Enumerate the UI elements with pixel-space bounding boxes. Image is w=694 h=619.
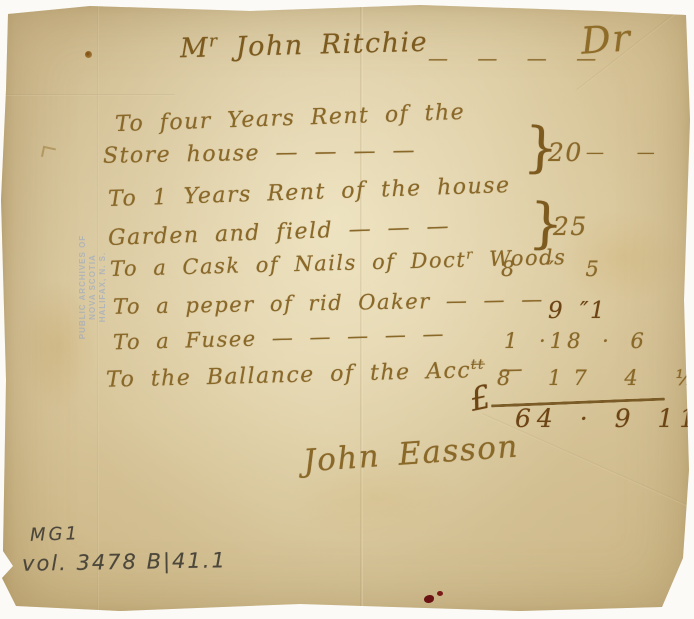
signature: John Easson <box>302 429 520 480</box>
amount: 8 17 4 ½ <box>497 366 694 390</box>
wax-spot <box>437 591 443 596</box>
ink-spot <box>85 51 92 58</box>
ledger-line: To a Cask of Nails of Doctr Woods <box>110 245 567 281</box>
ledger-line: To 1 Years Rent of the house <box>108 173 511 212</box>
superscript: r <box>209 30 219 50</box>
ledger-line: Garden and field — — — <box>108 214 451 251</box>
catalog-volume: vol. 3478 B|41.1 <box>22 548 227 576</box>
paper-sheet: Mr John Ritchie — — — — Dr To four Years… <box>0 0 694 619</box>
scan-background: Mr John Ritchie — — — — Dr To four Years… <box>0 0 694 619</box>
archive-stamp-line1: PUBLIC ARCHIVES OF NOVA SCOTIA <box>78 225 98 349</box>
amount: 9 ″1 <box>548 298 606 324</box>
ledger-line: To a peper of rid Oaker — — — <box>113 287 544 319</box>
amount-dashes: — — <box>586 142 665 163</box>
catalog-collection: MG1 <box>30 523 81 546</box>
header-dashes: — — — — <box>428 46 604 70</box>
total-amount: 64 · 9 11 ½ <box>515 404 694 433</box>
wax-spot <box>424 595 434 603</box>
amount: 20 <box>548 138 583 167</box>
amount: 8 ″ 5 <box>501 257 608 281</box>
ledger-line: To the Ballance of the Acctt — <box>106 356 525 393</box>
ledger-line: Store house — — — — <box>103 138 416 168</box>
fold-crease-horizontal <box>0 94 175 96</box>
archive-stamp-line2: HALIFAX, N. S. <box>98 225 108 349</box>
amount: 1 ·18 · 6 <box>504 329 648 353</box>
ledger-line: To four Years Rent of the <box>115 100 466 137</box>
document-title: Mr John Ritchie <box>180 25 429 64</box>
debit-abbreviation: Dr <box>580 16 633 62</box>
ledger-line: To a Fusee — — — — — <box>113 322 446 355</box>
amount: 25 <box>553 212 588 241</box>
superscript: tt <box>471 357 485 373</box>
archive-stamp: PUBLIC ARCHIVES OF NOVA SCOTIA HALIFAX, … <box>78 225 112 349</box>
margin-mark <box>41 146 56 159</box>
pound-sign: £ <box>466 377 495 419</box>
